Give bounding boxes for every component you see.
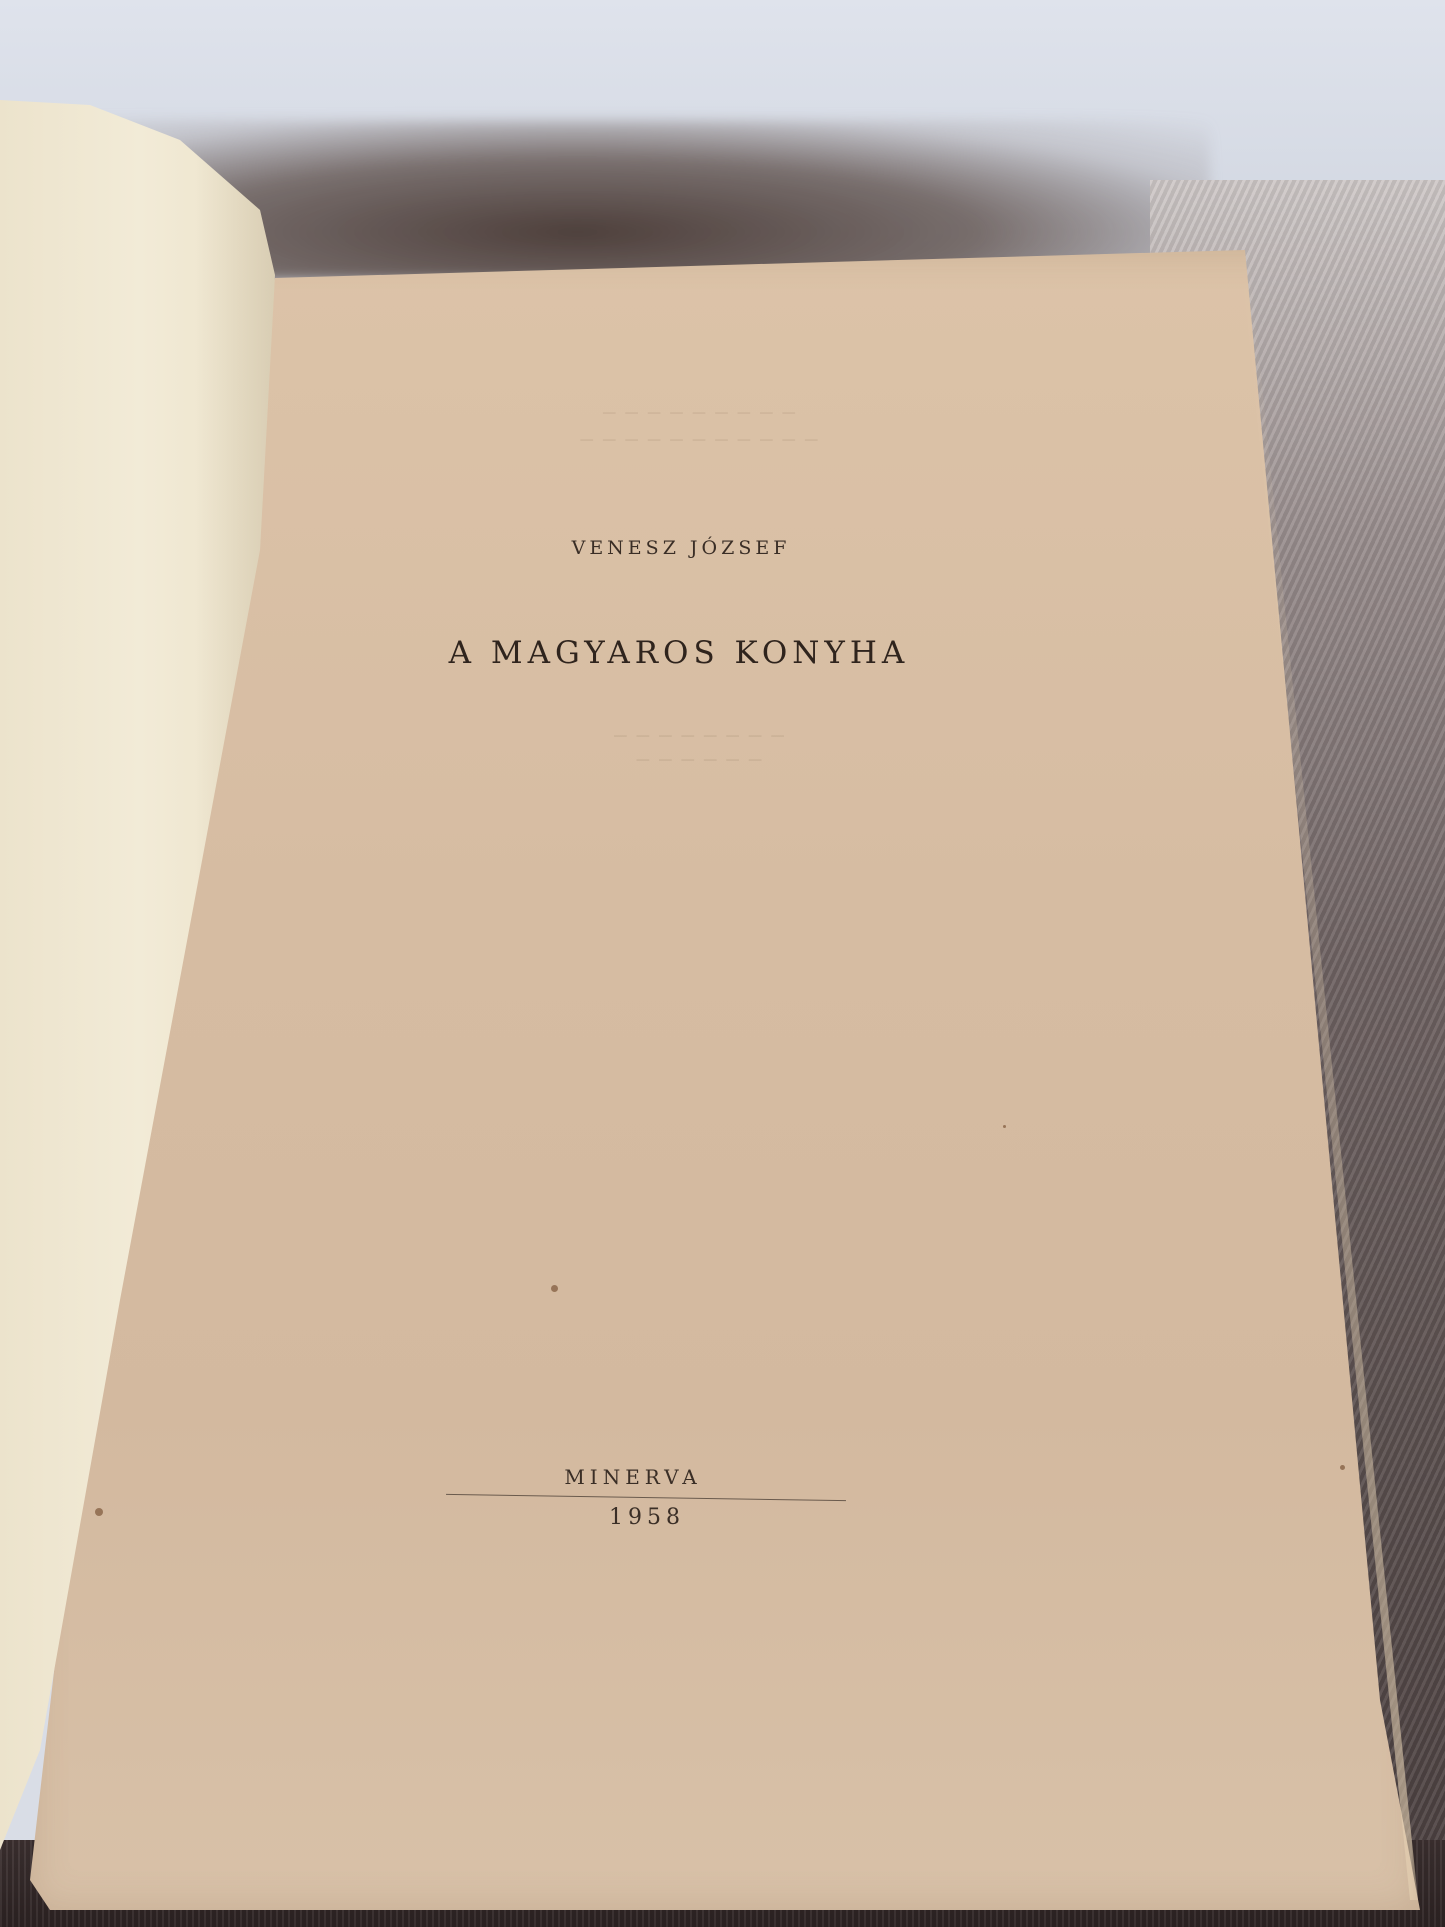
foxing-spot (1003, 1125, 1006, 1128)
show-through-text: — — — — — — — — — (602, 405, 798, 421)
foxing-spot (95, 1508, 103, 1516)
foxing-spot (551, 1285, 558, 1292)
show-through-text: — — — — — — — — (613, 728, 786, 744)
author-name: VENESZ JÓZSEF (572, 537, 791, 559)
show-through-text: — — — — — — (636, 752, 764, 768)
publisher-name: MINERVA (564, 1465, 701, 1489)
publication-year: 1958 (609, 1505, 685, 1530)
foxing-spot (1340, 1465, 1345, 1470)
show-through-text: — — — — — — — — — — — (580, 432, 821, 448)
book-title: A MAGYAROS KONYHA (449, 635, 910, 671)
